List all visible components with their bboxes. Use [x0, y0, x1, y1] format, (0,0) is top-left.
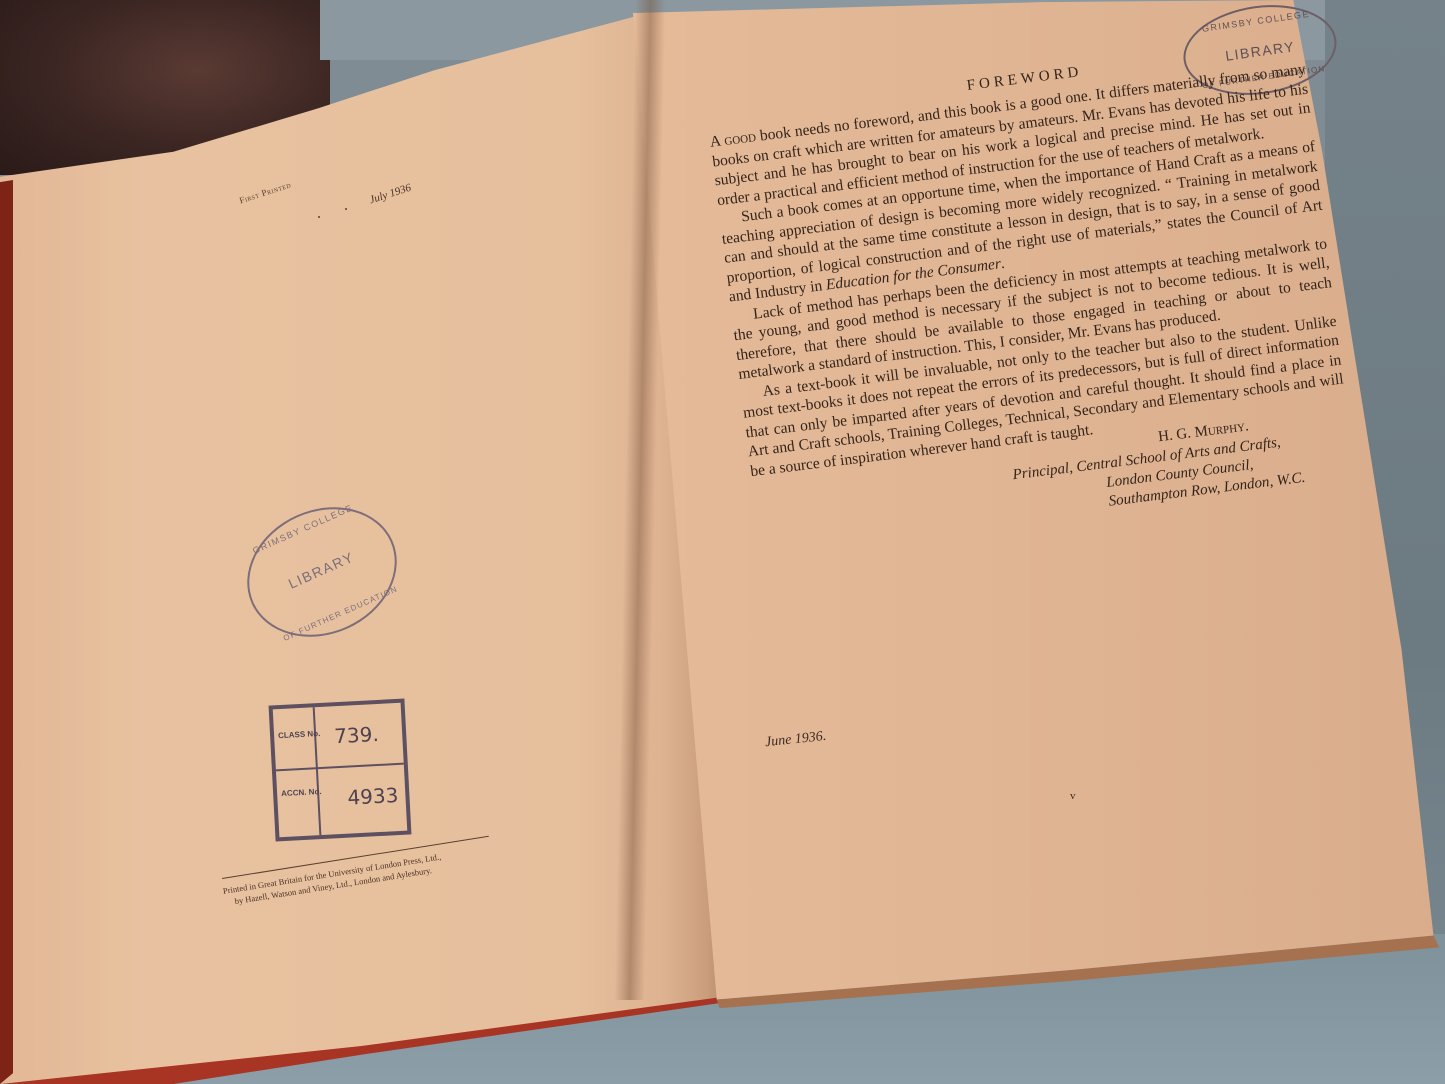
leader-dot — [345, 208, 347, 210]
photo-scene: First Printed July 1936 GRIMSBY COLLEGE … — [0, 0, 1445, 1084]
class-label: CLASS No. — [278, 727, 321, 743]
box-divider — [276, 763, 404, 772]
accession-number: 4933 — [347, 783, 399, 810]
drop-lead: A good — [709, 128, 757, 151]
paragraph-text: . — [1000, 255, 1006, 272]
foreword: FOREWORD A good book needs no foreword, … — [706, 37, 1356, 555]
accession-label: ACCN. No. — [281, 785, 322, 801]
class-accession-box: CLASS No. 739. ACCN. No. 4933 — [269, 699, 412, 842]
page-number: v — [1070, 790, 1076, 802]
class-number: 739. — [334, 722, 380, 748]
leader-dot — [318, 216, 320, 218]
